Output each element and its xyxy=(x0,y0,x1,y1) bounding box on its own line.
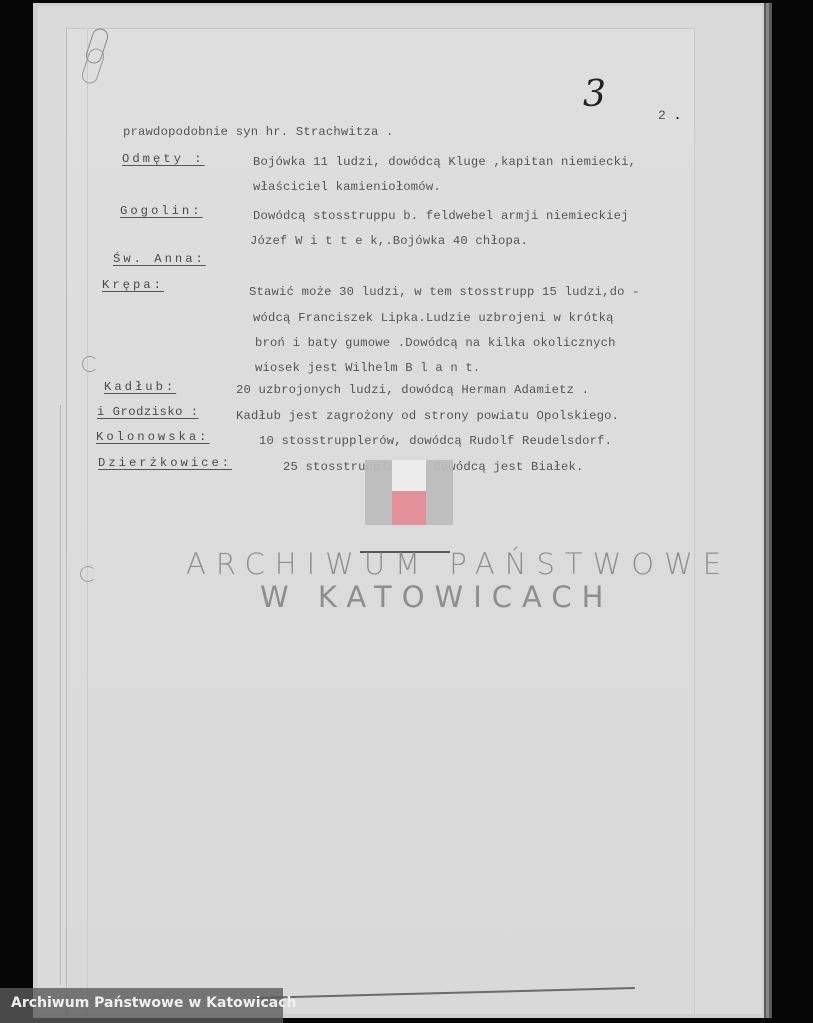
punch-hole xyxy=(82,356,98,372)
place-label-dzierzkowice: Dzierżkowice: xyxy=(98,456,232,470)
archive-logo-red-field xyxy=(392,491,426,525)
watermark-line-1: ARCHIWUM PAŃSTWOWE xyxy=(186,547,631,581)
entry-text: Kadłub jest zagrożony od strony powiatu … xyxy=(236,409,619,423)
typed-page-number: 2 . xyxy=(658,108,681,123)
entry-text: 20 uzbrojonych ludzi, dowódcą Herman Ada… xyxy=(236,383,589,397)
entry-text: wódcą Franciszek Lipka.Ludzie uzbrojeni … xyxy=(253,311,614,325)
place-label-krepa: Krępa: xyxy=(102,278,164,292)
page-number-value: 2 xyxy=(658,108,666,123)
entry-text: 10 stosstrupplerów, dowódcą Rudolf Reude… xyxy=(259,434,612,448)
entry-text: Bojówka 11 ludzi, dowódcą Kluge ,kapitan… xyxy=(253,155,636,169)
punch-hole xyxy=(80,566,96,582)
archive-footer-label: Archiwum Państwowe w Katowicach xyxy=(11,995,297,1011)
watermark-line-2: W KATOWICACH xyxy=(260,580,613,614)
entry-text: Stawić może 30 ludzi, w tem stosstrupp 1… xyxy=(249,285,640,299)
intro-line: prawdopodobnie syn hr. Strachwitza . xyxy=(123,125,394,139)
entry-text: wiosek jest Wilhelm B l a n t. xyxy=(255,361,480,375)
place-label-gogolin: Gogolin: xyxy=(120,204,203,218)
entry-text: właściciel kamieniołomów. xyxy=(253,180,441,194)
entry-text: Józef W i t t e k,.Bojówka 40 chłopa. xyxy=(250,234,528,248)
place-label-grodzisko: i Grodzisko : xyxy=(97,405,199,419)
handwritten-folio-number: 3 xyxy=(583,74,606,115)
binding-edge xyxy=(764,3,772,1018)
archive-logo-white-field xyxy=(392,460,426,491)
place-label-sw-anna: Św. Anna: xyxy=(113,252,206,266)
entry-text: Dowódcą stosstruppu b. feldwebel armji n… xyxy=(253,209,629,223)
entry-text: broń i baty gumowe .Dowódcą na kilka oko… xyxy=(255,336,616,350)
place-label-odmety: Odmęty : xyxy=(122,152,205,166)
place-label-kadlub: Kadłub: xyxy=(104,380,176,394)
page-fold-crease xyxy=(60,405,85,985)
paper-clip-icon xyxy=(85,28,111,86)
place-label-kolonowska: Kolonowska: xyxy=(96,430,209,444)
